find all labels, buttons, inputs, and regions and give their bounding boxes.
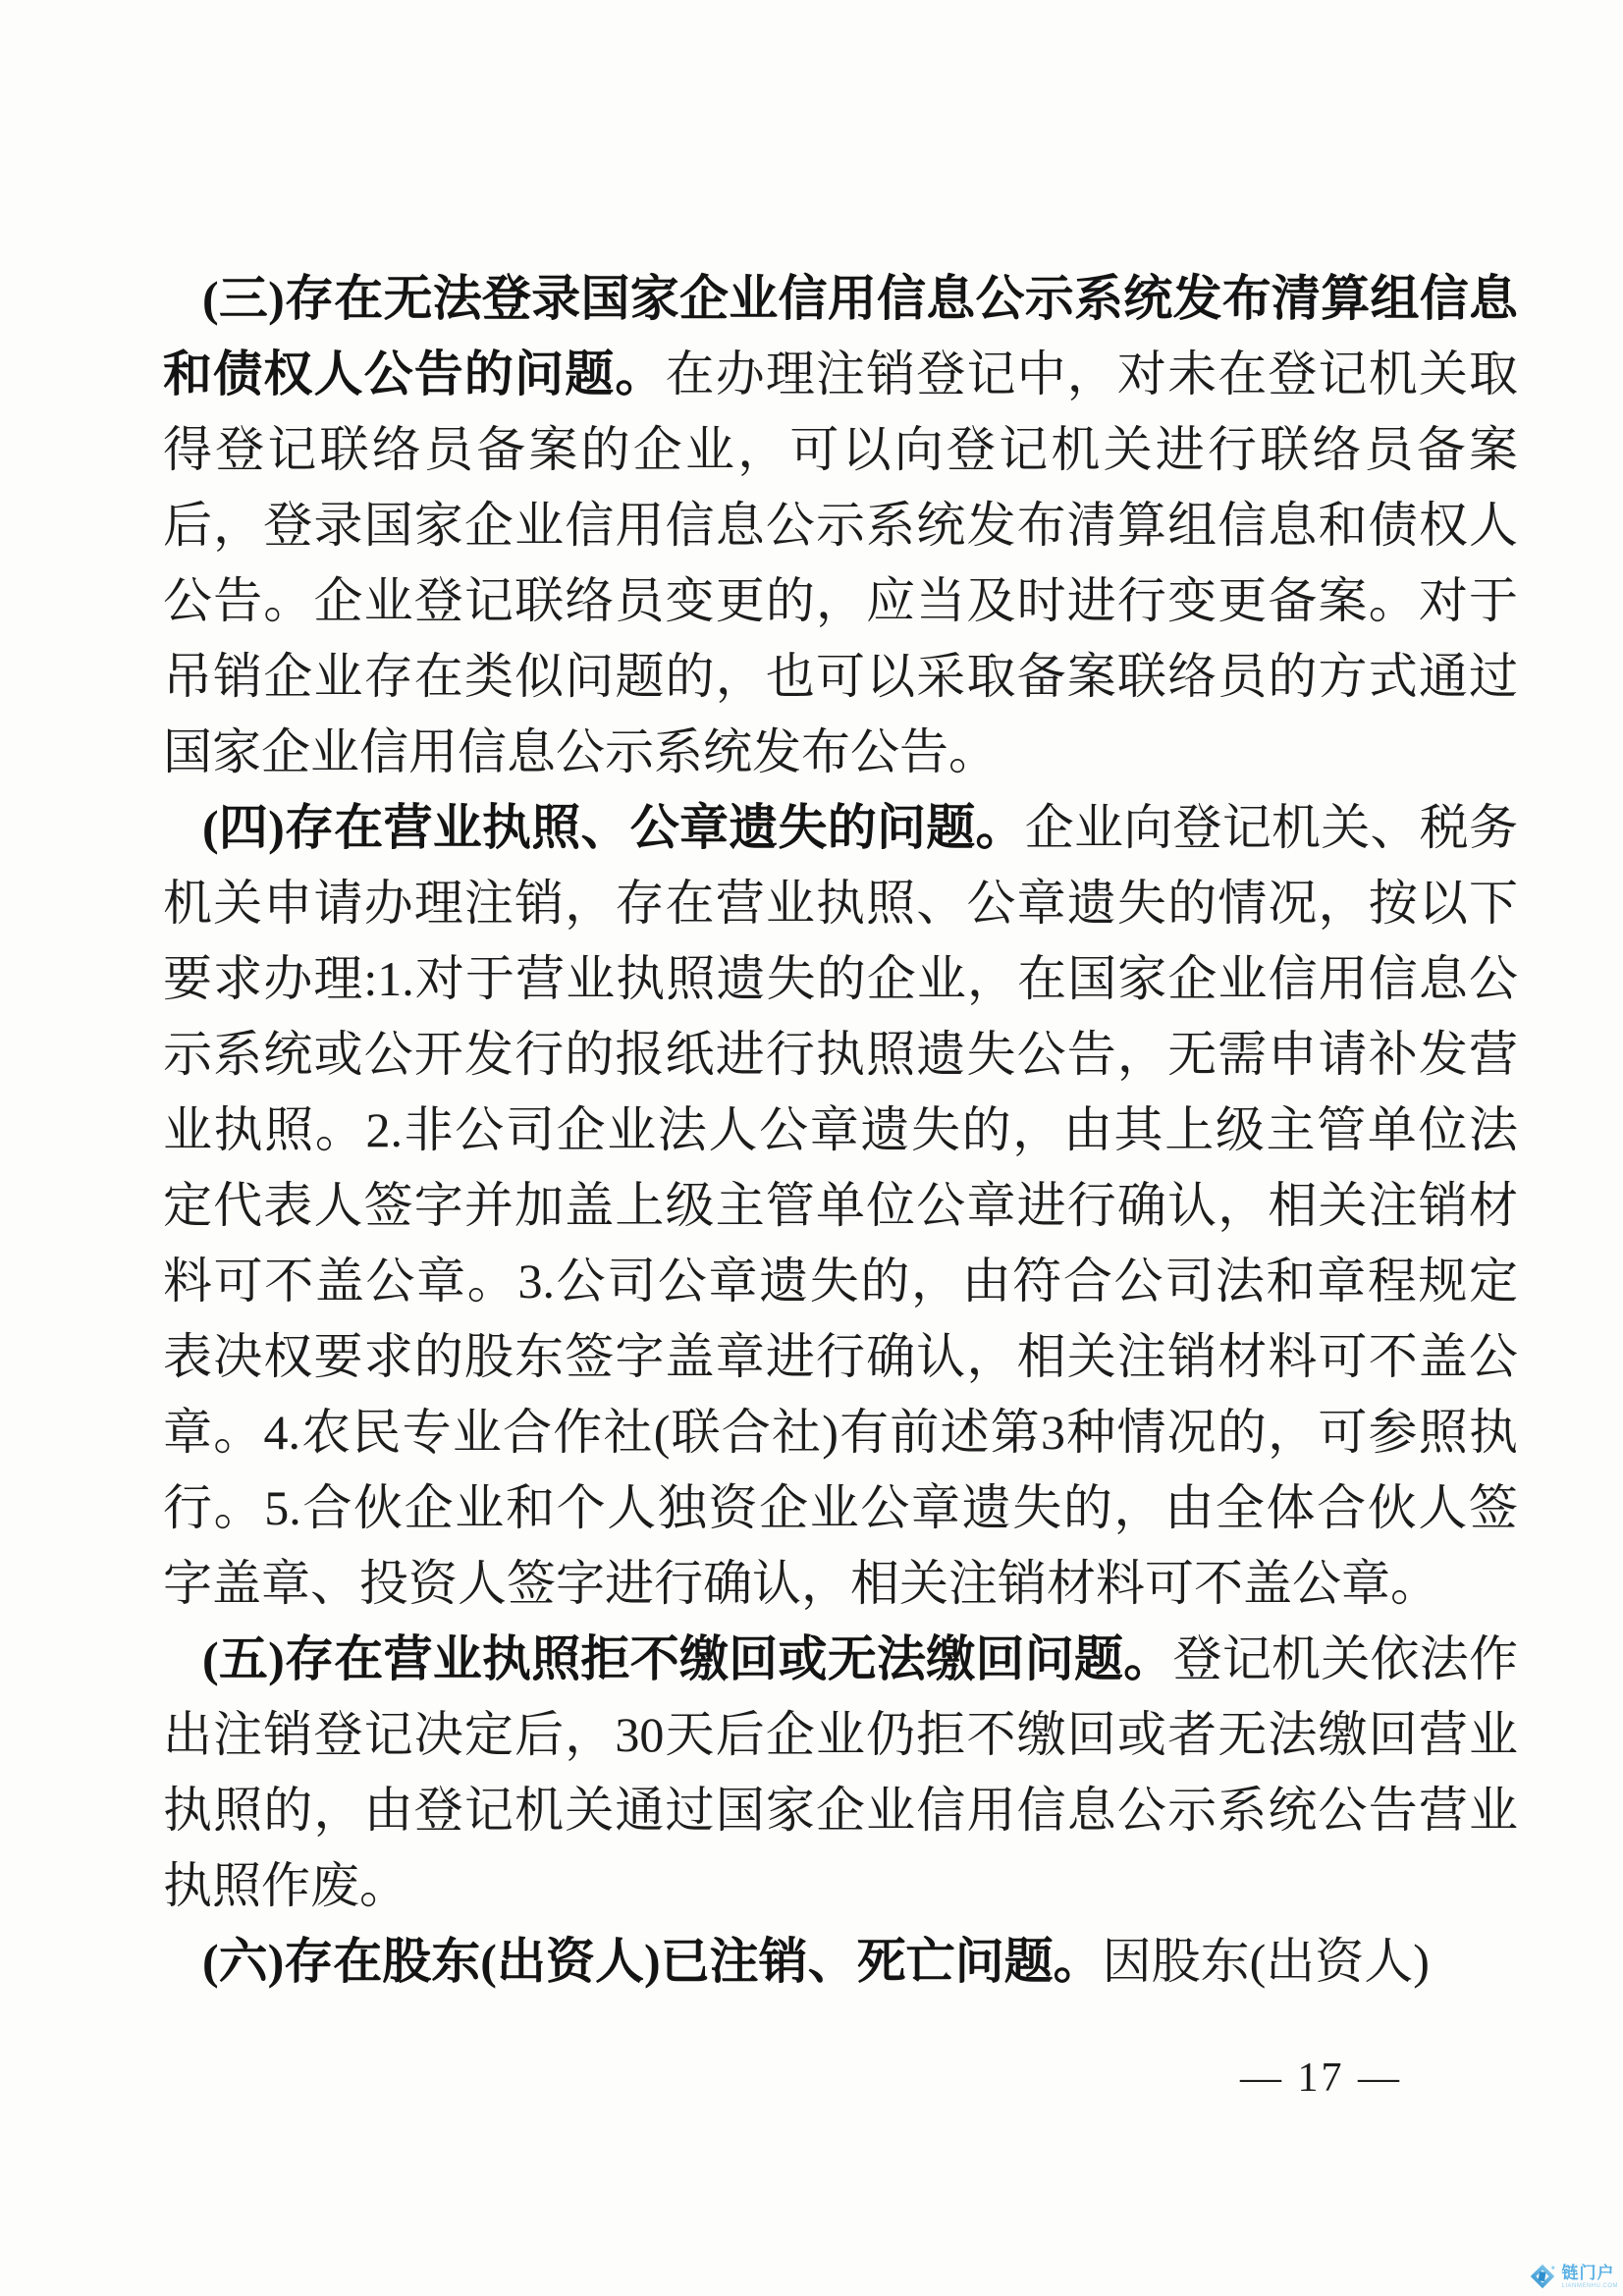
document-text-block: (三)存在无法登录国家企业信用信息公示系统发布清算组信息和债权人公告的问题。在办… (163, 261, 1518, 2116)
paragraph-4-heading: (四)存在营业执照、公章遗失的问题。 (202, 800, 1025, 855)
paragraph-3-body: 在办理注销登记中，对未在登记机关取得登记联络员备案的企业，可以向登记机关进行联络… (163, 347, 1518, 779)
watermark: 链门户 LIANMENHU.COM (1528, 2262, 1618, 2291)
watermark-domain: LIANMENHU.COM (1561, 2283, 1618, 2289)
diamond-logo-icon (1528, 2262, 1557, 2291)
paragraph-6-body: 因股东(出资人) (1103, 1934, 1430, 1989)
paragraph-item-5: (五)存在营业执照拒不缴回或无法缴回问题。登记机关依法作出注销登记决定后，30天… (163, 1622, 1518, 1924)
paragraph-4-body: 企业向登记机关、税务机关申请办理注销，存在营业执照、公章遗失的情况，按以下要求办… (163, 800, 1518, 1611)
document-page: (三)存在无法登录国家企业信用信息公示系统发布清算组信息和债权人公告的问题。在办… (0, 0, 1623, 2296)
watermark-texts: 链门户 LIANMENHU.COM (1561, 2265, 1618, 2289)
paragraph-item-6: (六)存在股东(出资人)已注销、死亡问题。因股东(出资人) (163, 1924, 1518, 2000)
page-number: — 17 — (163, 2041, 1518, 2116)
watermark-title: 链门户 (1561, 2265, 1618, 2281)
paragraph-item-3: (三)存在无法登录国家企业信用信息公示系统发布清算组信息和债权人公告的问题。在办… (163, 261, 1518, 790)
paragraph-item-4: (四)存在营业执照、公章遗失的问题。企业向登记机关、税务机关申请办理注销，存在营… (163, 790, 1518, 1622)
paragraph-5-heading: (五)存在营业执照拒不缴回或无法缴回问题。 (202, 1631, 1173, 1686)
paragraph-6-heading: (六)存在股东(出资人)已注销、死亡问题。 (202, 1934, 1103, 1989)
